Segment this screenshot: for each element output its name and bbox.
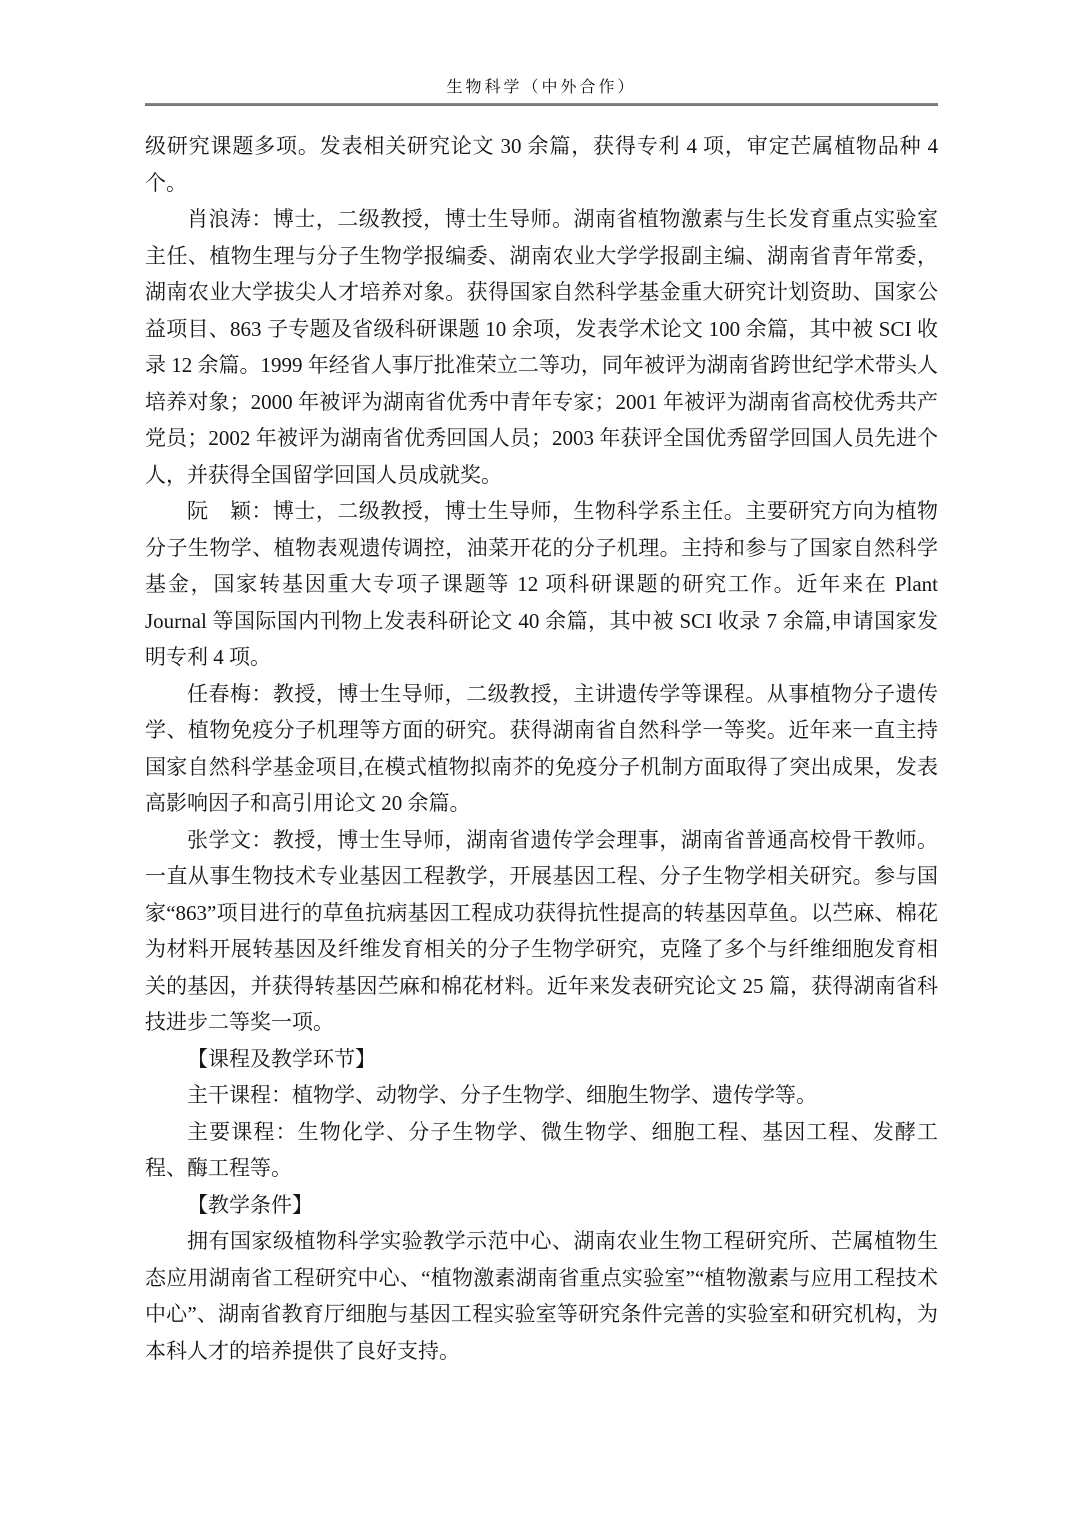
section-heading: 【教学条件】 (145, 1187, 938, 1224)
paragraph: 阮 颖：博士，二级教授，博士生导师，生物科学系主任。主要研究方向为植物分子生物学… (145, 493, 938, 676)
section-heading: 【课程及教学环节】 (145, 1041, 938, 1078)
paragraph: 张学文：教授，博士生导师，湖南省遗传学会理事，湖南省普通高校骨干教师。一直从事生… (145, 822, 938, 1041)
paragraph: 任春梅：教授，博士生导师，二级教授，主讲遗传学等课程。从事植物分子遗传学、植物免… (145, 676, 938, 822)
header-rule (145, 103, 938, 106)
paragraph: 拥有国家级植物科学实验教学示范中心、湖南农业生物工程研究所、芒属植物生态应用湖南… (145, 1223, 938, 1369)
page-header-title: 生物科学（中外合作） (145, 74, 938, 97)
document-body: 级研究课题多项。发表相关研究论文 30 余篇，获得专利 4 项，审定芒属植物品种… (145, 128, 938, 1369)
paragraph: 肖浪涛：博士，二级教授，博士生导师。湖南省植物激素与生长发育重点实验室主任、植物… (145, 201, 938, 493)
paragraph: 主要课程：生物化学、分子生物学、微生物学、细胞工程、基因工程、发酵工程、酶工程等… (145, 1114, 938, 1187)
document-page: 生物科学（中外合作） 级研究课题多项。发表相关研究论文 30 余篇，获得专利 4… (0, 0, 1074, 1520)
paragraph: 主干课程：植物学、动物学、分子生物学、细胞生物学、遗传学等。 (145, 1077, 938, 1114)
paragraph: 级研究课题多项。发表相关研究论文 30 余篇，获得专利 4 项，审定芒属植物品种… (145, 128, 938, 201)
